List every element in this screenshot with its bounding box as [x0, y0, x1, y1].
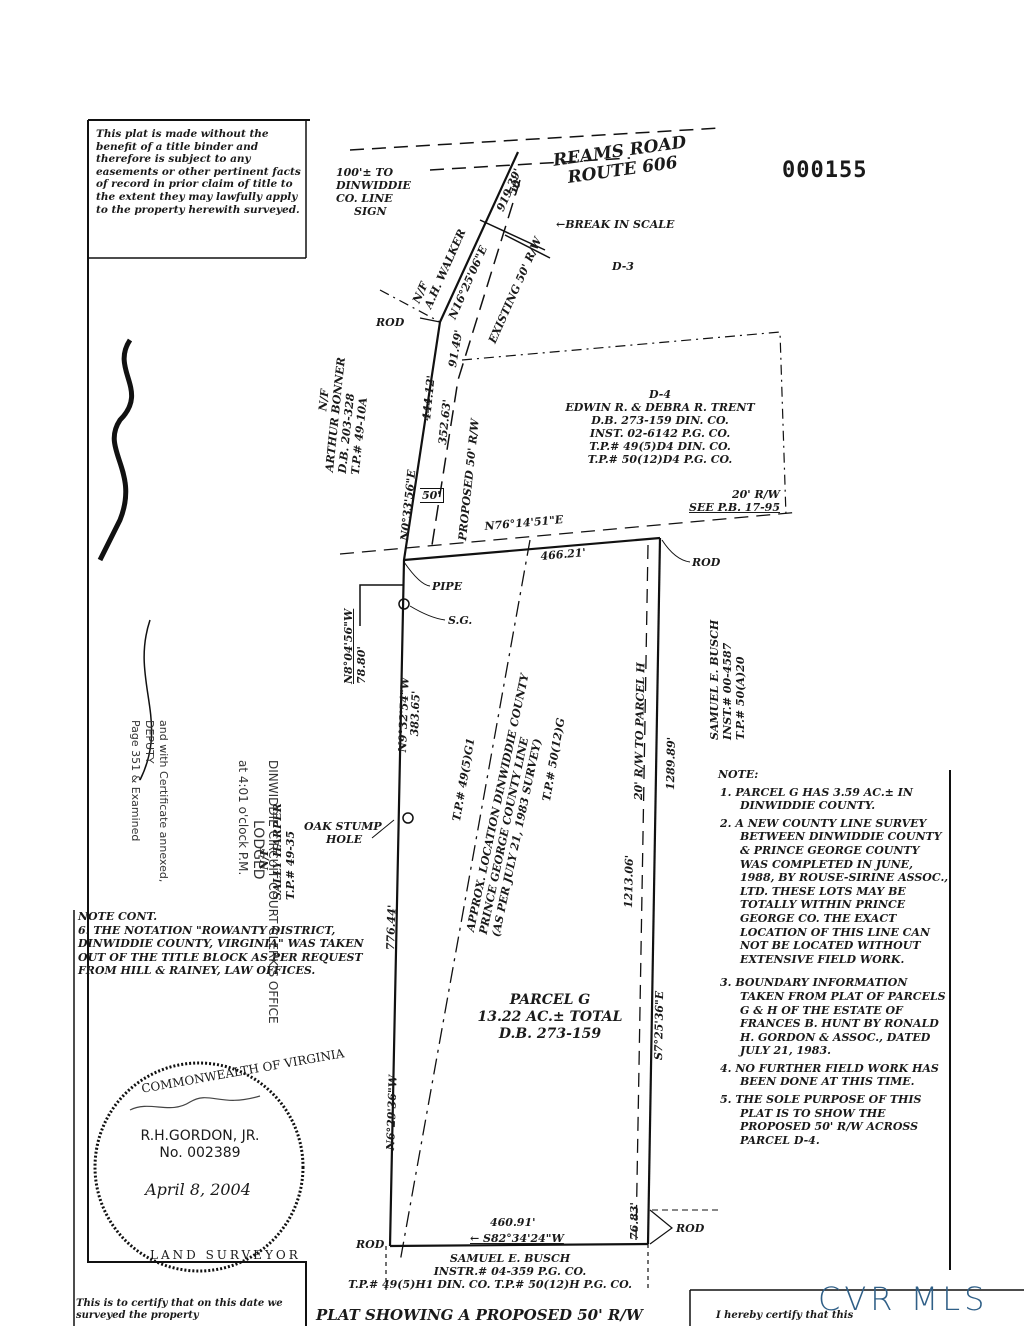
pipe-label: PIPE: [432, 580, 462, 593]
south-line-bearing: ← S82°34'24"W: [470, 1232, 564, 1245]
clerk-stamp: DINWIDDIE CIRCUIT COURT CLERK'S OFFICE L…: [235, 760, 280, 1024]
county-sign-label: 100'± TO DINWIDDIE CO. LINE SIGN: [336, 166, 411, 218]
arrow-left-icon: ←: [470, 1232, 483, 1245]
east-line-sub-distance: 1213.06': [622, 855, 636, 908]
note-5: 5. THE SOLE PURPOSE OF THIS PLAT IS TO S…: [718, 1093, 950, 1147]
seal-surveyor-name: R.H.GORDON, JR.: [120, 1128, 280, 1145]
west-2-bearing: N6°29'36"W: [384, 1075, 400, 1151]
busch-east-owner: SAMUEL E. BUSCH INST.# 00-4587 T.P.# 50(…: [708, 620, 747, 740]
clerk-time: at 4:01 o'clock P.M.: [235, 760, 250, 1024]
trent-owner-block: D-4 EDWIN R. & DEBRA R. TRENT D.B. 273-1…: [510, 388, 810, 466]
west-2-distance: 776.44': [384, 905, 399, 951]
notes-block: NOTE: 1. PARCEL G HAS 3.59 AC.± IN DINWI…: [718, 768, 950, 1147]
rod-se-label: ROD: [676, 1222, 704, 1235]
rw-20-note: 20' R/W SEE P.B. 17-95: [660, 488, 780, 514]
west-1-distance: 383.65': [408, 691, 423, 737]
oak-stump-label: OAK STUMP HOLE: [304, 820, 382, 846]
rw-parcel-h-label: 20' R/W TO PARCEL H: [632, 662, 647, 800]
disclaimer-text: This plat is made without the benefit of…: [96, 128, 311, 216]
east-line-distance: 1289.89': [664, 737, 678, 790]
note-2: 2. A NEW COUNTY LINE SURVEY BETWEEN DINW…: [718, 817, 950, 967]
seal-date: April 8, 2004: [118, 1180, 278, 1199]
seal-license-number: No. 002389: [120, 1145, 280, 1162]
clerk-office: DINWIDDIE CIRCUIT COURT CLERK'S OFFICE: [265, 760, 280, 1024]
arrow-left-icon: ←: [556, 218, 565, 231]
plat-title: PLAT SHOWING A PROPOSED 50' R/W: [316, 1306, 643, 1324]
clerk-certificate: and with Certificate annexed, DEPUTY Pag…: [128, 720, 170, 882]
notes-heading: NOTE:: [718, 768, 950, 782]
rod-top-label: ROD: [376, 316, 404, 329]
south-line-distance: 460.91': [490, 1216, 535, 1229]
sg-label: S.G.: [448, 614, 472, 627]
seal-ring-bottom: LAND SURVEYOR: [150, 1248, 301, 1262]
document-number: 000155: [782, 158, 867, 183]
certification-left: This is to certify that on this date we …: [76, 1298, 286, 1322]
busch-south-owner: SAMUEL E. BUSCH INSTR.# 04-359 P.G. CO. …: [340, 1252, 680, 1291]
rod-ne-label: ROD: [692, 556, 720, 569]
mls-logo: CVR MLS: [818, 1280, 988, 1318]
rod-sw-label: ROD: [356, 1238, 384, 1251]
surveyor-seal: R.H.GORDON, JR. No. 002389: [120, 1128, 280, 1162]
rw-width-bottom: 50': [420, 488, 444, 503]
west-offset-course: N8°04'56"W 78.80': [342, 609, 368, 684]
parcel-g-label: PARCEL G 13.22 AC.± TOTAL D.B. 273-159: [440, 992, 660, 1043]
note-1: 1. PARCEL G HAS 3.59 AC.± IN DINWIDDIE C…: [718, 786, 950, 813]
south-east-offset: 76.83': [628, 1202, 641, 1240]
note-4: 4. NO FURTHER FIELD WORK HAS BEEN DONE A…: [718, 1062, 950, 1089]
note-3: 3. BOUNDARY INFORMATION TAKEN FROM PLAT …: [718, 976, 950, 1058]
clerk-status: LODGED: [250, 760, 265, 1024]
parcel-d3-label: D-3: [612, 260, 634, 273]
notes-continued: NOTE CONT. 6. THE NOTATION "ROWANTY DIST…: [78, 910, 368, 978]
break-in-scale-label: ←BREAK IN SCALE: [556, 218, 674, 231]
